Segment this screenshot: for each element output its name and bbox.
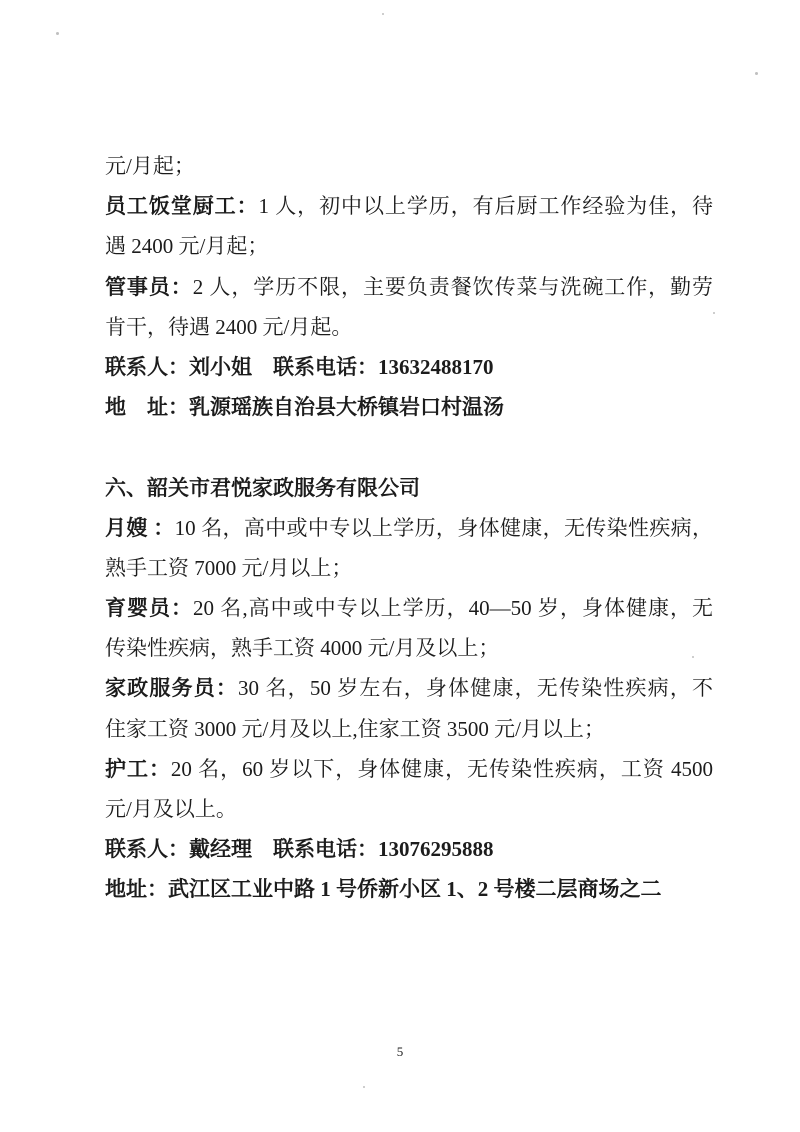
text-segment: 住家工资 3000 元/月及以上,住家工资 3500 元/月以上； xyxy=(105,717,605,741)
text-segment: 元/月及以上。 xyxy=(105,797,237,821)
text-segment: 20 名,高中或中专以上学历，40—50 岁，身体健康，无 xyxy=(193,596,713,620)
text-segment: 月嫂 ： xyxy=(105,516,175,540)
body-line: 传染性疾病，熟手工资 4000 元/月及以上； xyxy=(105,628,713,668)
page-number: 5 xyxy=(0,1044,800,1060)
text-segment: 2 人，学历不限，主要负责餐饮传菜与洗碗工作，勤劳 xyxy=(193,275,713,299)
address-line: 地址：武江区工业中路 1 号侨新小区 1、2 号楼二层商场之二 xyxy=(105,869,713,909)
scan-speckle xyxy=(755,72,758,75)
body-line: 住家工资 3000 元/月及以上,住家工资 3500 元/月以上； xyxy=(105,709,713,749)
contact-line: 联系人：刘小姐 联系电话：13632488170 xyxy=(105,347,713,387)
body-line: 遇 2400 元/月起； xyxy=(105,226,713,266)
document-body: 元/月起；员工饭堂厨工：1 人，初中以上学历，有后厨工作经验为佳，待遇 2400… xyxy=(105,146,713,910)
scan-speckle xyxy=(713,312,715,314)
text-segment: 护工： xyxy=(105,757,171,781)
blank-line xyxy=(105,427,713,467)
text-segment: 元/月起； xyxy=(105,154,195,178)
text-segment: 10 名，高中或中专以上学历，身体健康，无传染性疾病， xyxy=(175,516,713,540)
body-line: 元/月起； xyxy=(105,146,713,186)
job-line: 育婴员：20 名,高中或中专以上学历，40—50 岁，身体健康，无 xyxy=(105,588,713,628)
text-segment: 员工饭堂厨工： xyxy=(105,194,259,218)
address-line: 地 址：乳源瑶族自治县大桥镇岩口村温汤 xyxy=(105,387,713,427)
text-segment: 管事员： xyxy=(105,275,193,299)
job-line: 家政服务员：30 名，50 岁左右，身体健康，无传染性疾病，不 xyxy=(105,668,713,708)
text-segment: 肯干，待遇 2400 元/月起。 xyxy=(105,315,352,339)
scan-speckle xyxy=(692,656,694,658)
body-line: 熟手工资 7000 元/月以上； xyxy=(105,548,713,588)
text-segment: 遇 2400 元/月起； xyxy=(105,234,268,258)
text-segment: 地址：武江区工业中路 1 号侨新小区 1、2 号楼二层商场之二 xyxy=(105,877,662,901)
text-segment: 20 名，60 岁以下，身体健康，无传染性疾病，工资 4500 xyxy=(171,757,713,781)
text-segment: 地 址：乳源瑶族自治县大桥镇岩口村温汤 xyxy=(105,395,504,419)
job-line: 护工：20 名，60 岁以下，身体健康，无传染性疾病，工资 4500 xyxy=(105,749,713,789)
text-segment: 传染性疾病，熟手工资 4000 元/月及以上； xyxy=(105,636,499,660)
body-line: 元/月及以上。 xyxy=(105,789,713,829)
text-segment: 家政服务员： xyxy=(105,676,238,700)
scanned-document-page: 元/月起；员工饭堂厨工：1 人，初中以上学历，有后厨工作经验为佳，待遇 2400… xyxy=(0,0,800,1132)
text-segment: 六、韶关市君悦家政服务有限公司 xyxy=(105,476,420,500)
job-line: 员工饭堂厨工：1 人，初中以上学历，有后厨工作经验为佳，待 xyxy=(105,186,713,226)
text-segment: 联系人：戴经理 联系电话：13076295888 xyxy=(105,837,494,861)
text-segment: 1 人，初中以上学历，有后厨工作经验为佳，待 xyxy=(259,194,713,218)
text-segment: 熟手工资 7000 元/月以上； xyxy=(105,556,352,580)
text-segment: 育婴员： xyxy=(105,596,193,620)
job-line: 月嫂 ：10 名，高中或中专以上学历，身体健康，无传染性疾病， xyxy=(105,508,713,548)
contact-line: 联系人：戴经理 联系电话：13076295888 xyxy=(105,829,713,869)
text-segment: 联系人：刘小姐 联系电话：13632488170 xyxy=(105,355,494,379)
heading-line: 六、韶关市君悦家政服务有限公司 xyxy=(105,468,713,508)
body-line: 肯干，待遇 2400 元/月起。 xyxy=(105,307,713,347)
scan-speckle xyxy=(363,1086,365,1088)
text-segment: 30 名，50 岁左右，身体健康，无传染性疾病，不 xyxy=(238,676,713,700)
scan-speckle xyxy=(56,32,59,35)
scan-speckle xyxy=(382,13,384,15)
job-line: 管事员：2 人，学历不限，主要负责餐饮传菜与洗碗工作，勤劳 xyxy=(105,267,713,307)
